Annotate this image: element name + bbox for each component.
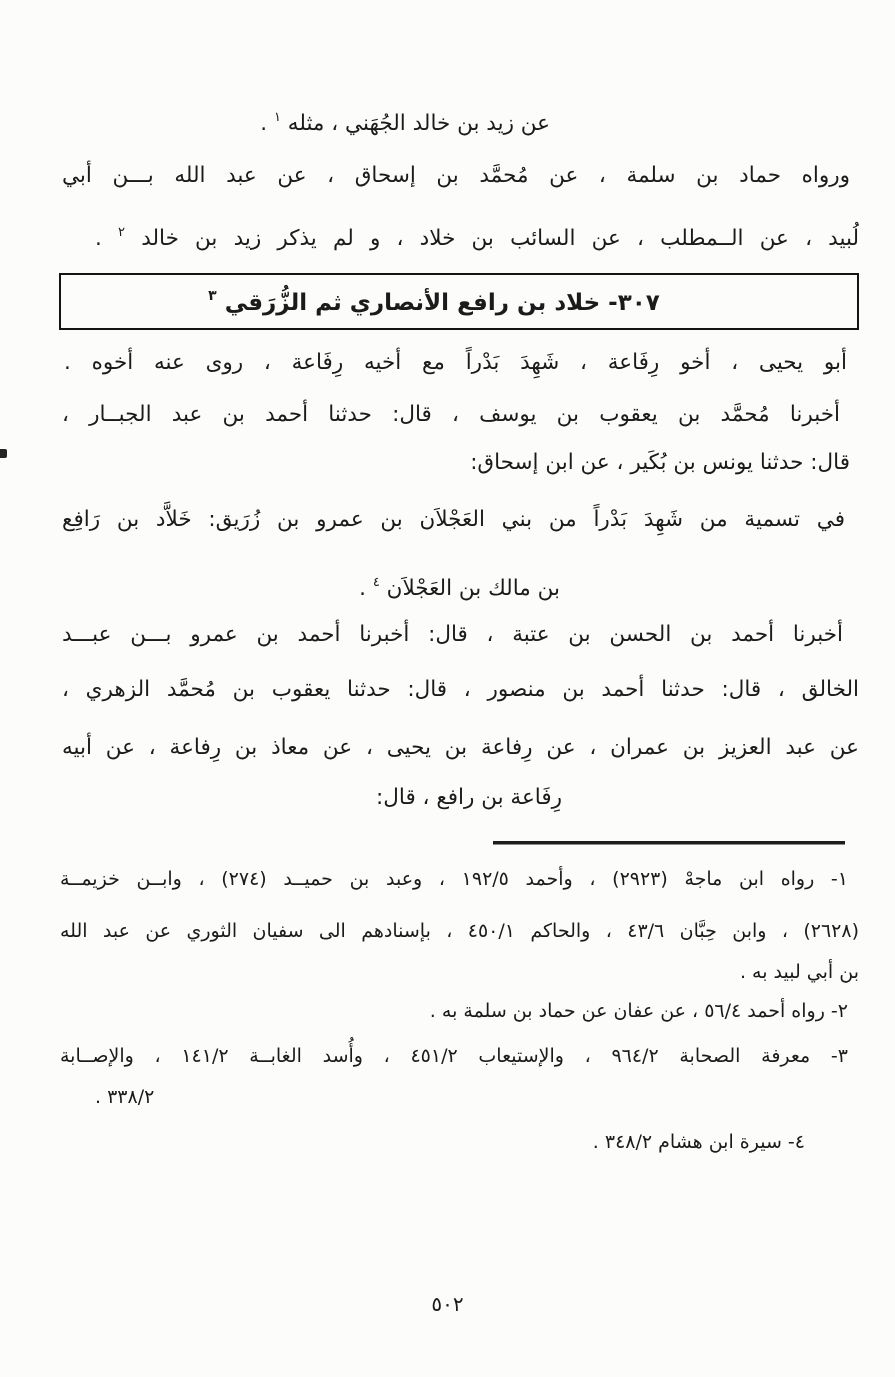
footnote-separator <box>493 841 845 845</box>
footnote-1-line-3: بن أبي لبيد به . <box>60 952 859 992</box>
footnote-4: ٤- سيرة ابن هشام ٣٤٨/٢ . <box>60 1122 805 1162</box>
footnote-1-line-1: ١- رواه ابن ماجهْ (٢٩٢٣) ، وأحمد ١٩٢/٥ ،… <box>60 859 848 899</box>
footnote-3-line-2: ٣٣٨/٢ . <box>95 1077 154 1117</box>
line-end: . <box>359 576 366 601</box>
line-end: . <box>95 226 102 251</box>
body-line-7: في تسمية من شَهِدَ بَدْراً من بني العَجْ… <box>62 499 845 541</box>
body-line-10: الخالق ، قال: حدثنا أحمد بن منصور ، قال:… <box>62 669 859 711</box>
body-line-9: أخبرنا أحمد بن الحسن بن عتبة ، قال: أخبر… <box>62 614 843 656</box>
footnote-2: ٢- رواه أحمد ٥٦/٤ ، عن عفان عن حماد بن س… <box>60 991 848 1031</box>
body-line-8: بن مالك بن العَجْلاَن ٤ . <box>359 562 560 610</box>
entry-heading: ٣٠٧- خلاد بن رافع الأنصاري ثم الزُّرَقي … <box>208 288 660 316</box>
footnote-3-line-1: ٣- معرفة الصحابة ٩٦٤/٢ ، والإستيعاب ٤٥١/… <box>60 1036 848 1076</box>
entry-heading-text: ٣٠٧- خلاد بن رافع الأنصاري ثم الزُّرَقي <box>225 290 660 316</box>
body-line-3: لُبيد ، عن الــمطلب ، عن السائب بن خلاد … <box>95 212 859 260</box>
body-line-11: عن عبد العزيز بن عمران ، عن رِفاعة بن يح… <box>62 727 859 769</box>
book-page: عن زيد بن خالد الجُهَني ، مثله ١ . ورواه… <box>0 0 895 1377</box>
line-text: عن زيد بن خالد الجُهَني ، مثله <box>288 111 550 136</box>
entry-heading-box: ٣٠٧- خلاد بن رافع الأنصاري ثم الزُّرَقي … <box>59 273 859 330</box>
margin-ink-artifact <box>0 449 7 458</box>
body-line-5: أخبرنا مُحمَّد بن يعقوب بن يوسف ، قال: ح… <box>62 394 840 436</box>
footnote-ref-3: ٣ <box>208 288 217 304</box>
body-line-6: قال: حدثنا يونس بن بُكَير ، عن ابن إسحاق… <box>470 442 850 484</box>
body-line-4: أبو يحيى ، أخو رِفَاعة ، شَهِدَ بَدْراً … <box>64 342 847 384</box>
footnote-ref-2: ٢ <box>118 225 125 240</box>
body-line-12: رِفَاعة بن رافع ، قال: <box>376 777 562 819</box>
footnote-ref-4: ٤ <box>373 575 380 590</box>
line-end: . <box>260 111 267 136</box>
line-text: لُبيد ، عن الــمطلب ، عن السائب بن خلاد … <box>141 226 859 251</box>
page-number: ٥٠٢ <box>0 1283 895 1325</box>
body-line-1: عن زيد بن خالد الجُهَني ، مثله ١ . <box>260 97 550 145</box>
body-line-2: ورواه حماد بن سلمة ، عن مُحمَّد بن إسحاق… <box>62 155 850 197</box>
line-text: بن مالك بن العَجْلاَن <box>387 576 560 601</box>
footnote-1-line-2: (٢٦٢٨) ، وابن حِبَّان ٤٣/٦ ، والحاكم ٤٥٠… <box>60 911 859 951</box>
footnote-ref-1: ١ <box>274 110 281 125</box>
